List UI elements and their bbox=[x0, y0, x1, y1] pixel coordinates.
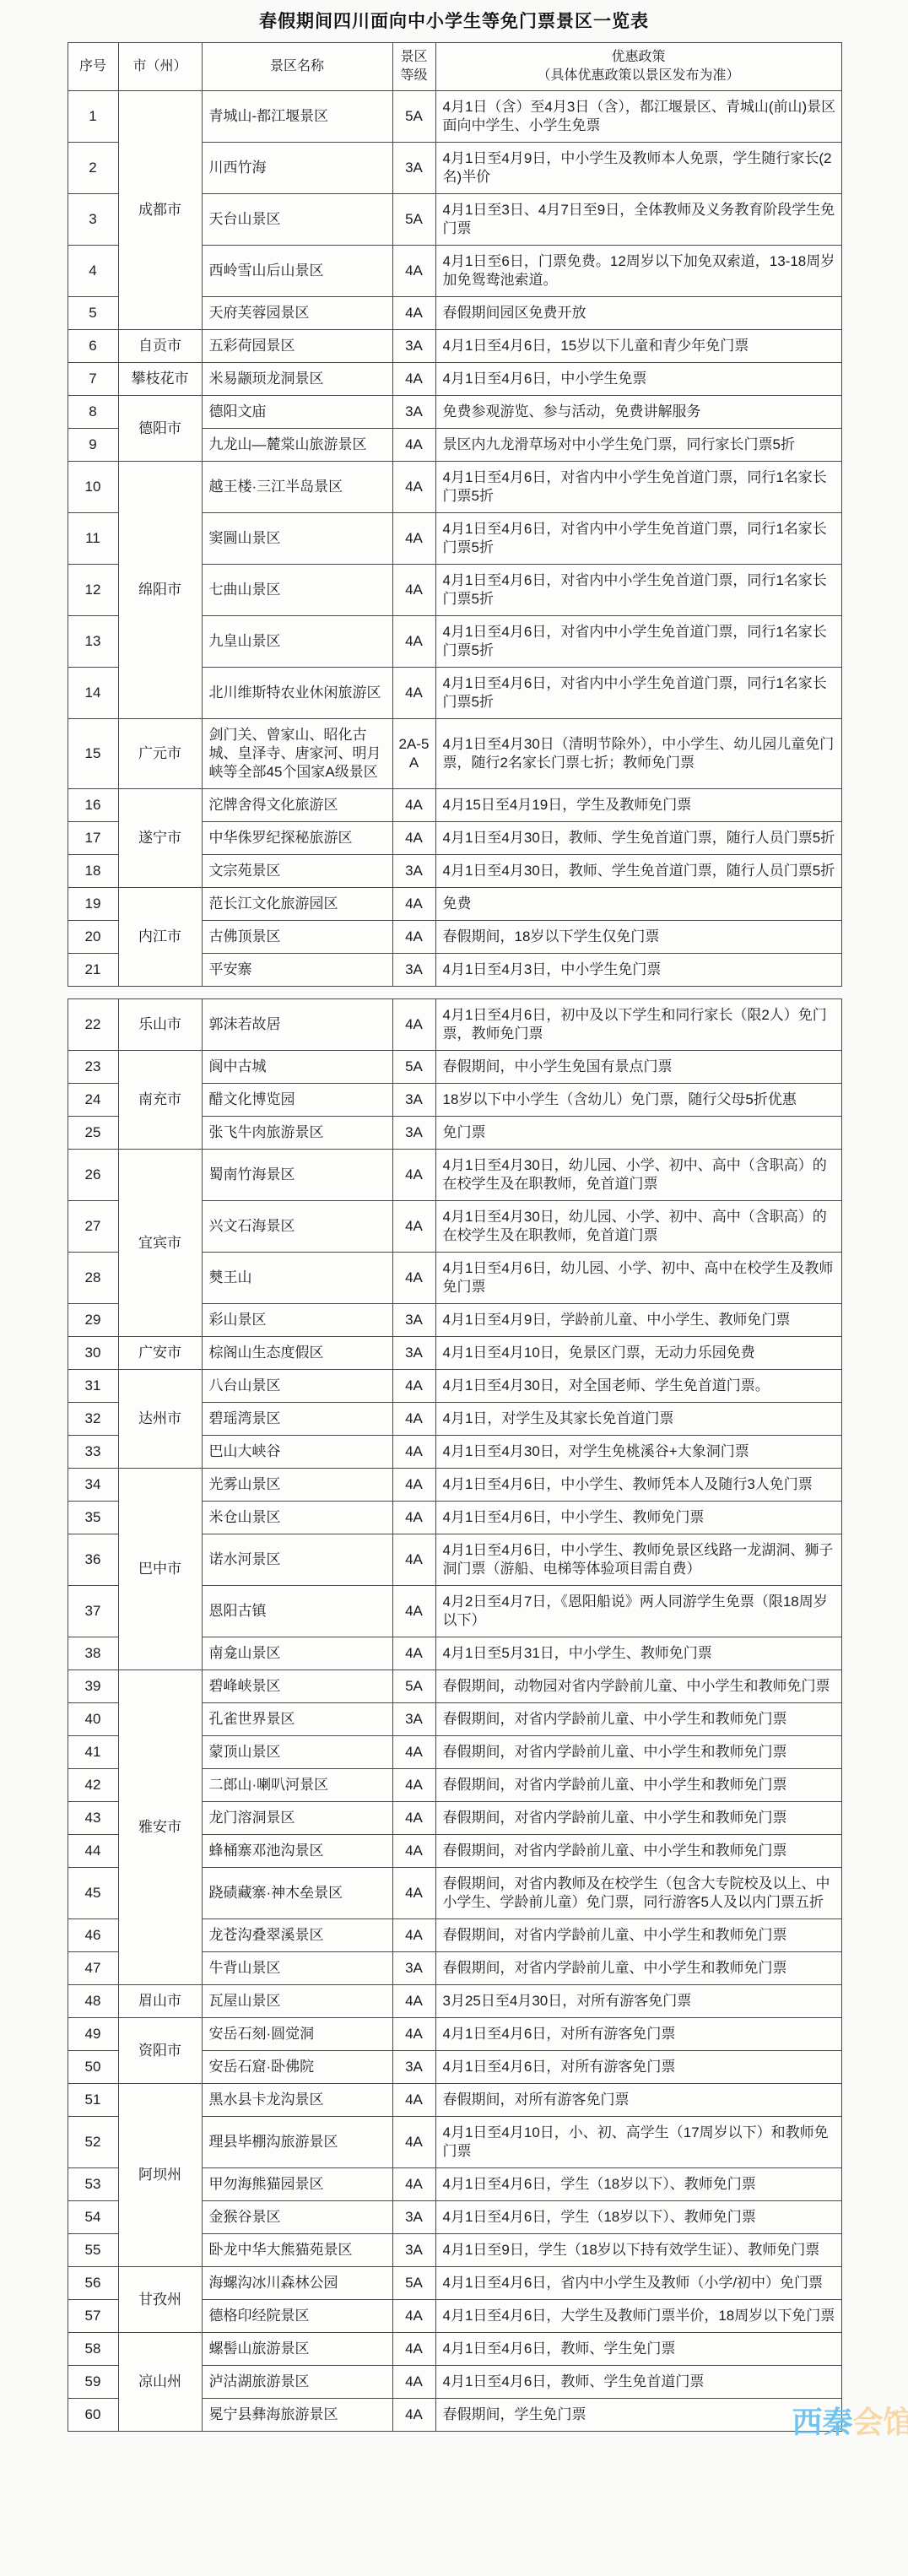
table-row: 30广安市棕阁山生态度假区3A4月1日至4月10日，免景区门票，无动力乐园免费 bbox=[68, 1337, 841, 1370]
scenic-name-cell: 兴文石海景区 bbox=[202, 1201, 392, 1253]
policy-cell: 春假期间，对所有游客免门票 bbox=[435, 2084, 841, 2117]
policy-cell: 4月1日至4月6日，大学生及教师门票半价，18周岁以下免门票 bbox=[435, 2300, 841, 2333]
scenic-name-cell: 醋文化博览园 bbox=[202, 1084, 392, 1117]
page-title: 春假期间四川面向中小学生等免门票景区一览表 bbox=[0, 0, 908, 42]
grade-cell: 4A bbox=[392, 462, 435, 513]
grade-cell: 3A bbox=[392, 1117, 435, 1150]
grade-cell: 4A bbox=[392, 1201, 435, 1253]
scenic-name-cell: 平安寨 bbox=[202, 954, 392, 987]
scenic-name-cell: 卧龙中华大熊猫苑景区 bbox=[202, 2234, 392, 2267]
grade-cell: 4A bbox=[392, 1502, 435, 1534]
grade-cell: 3A bbox=[392, 1084, 435, 1117]
table-body-1: 1成都市青城山-都江堰景区5A4月1日（含）至4月3日（含），都江堰景区、青城山… bbox=[68, 91, 841, 987]
table-row: 26宜宾市蜀南竹海景区4A4月1日至4月30日，幼儿园、小学、初中、高中（含职高… bbox=[68, 1150, 841, 1201]
grade-cell: 4A bbox=[392, 2399, 435, 2432]
city-cell: 自贡市 bbox=[118, 330, 202, 363]
policy-cell: 4月1日至4月3日，中小学生免门票 bbox=[435, 954, 841, 987]
column-header-city: 市（州） bbox=[118, 43, 202, 91]
policy-cell: 春假期间，18岁以下学生仅免门票 bbox=[435, 921, 841, 954]
policy-cell: 4月1日至4月6日，对省内中小学生免首道门票，同行1名家长门票5折 bbox=[435, 565, 841, 616]
scenic-name-cell: 郭沫若故居 bbox=[202, 999, 392, 1051]
row-number-cell: 41 bbox=[68, 1736, 118, 1769]
row-number-cell: 32 bbox=[68, 1403, 118, 1436]
policy-cell: 4月2日至4月7日，《恩阳船说》两人同游学生免票（限18周岁以下） bbox=[435, 1586, 841, 1637]
policy-cell: 4月1日至4月6日，对所有游客免门票 bbox=[435, 2051, 841, 2084]
row-number-cell: 51 bbox=[68, 2084, 118, 2117]
policy-cell: 4月1日至4月6日，对省内中小学生免首道门票，同行1名家长门票5折 bbox=[435, 462, 841, 513]
grade-cell: 4A bbox=[392, 1253, 435, 1304]
row-number-cell: 8 bbox=[68, 396, 118, 429]
grade-cell: 4A bbox=[392, 1370, 435, 1403]
row-number-cell: 57 bbox=[68, 2300, 118, 2333]
header-row: 序号 市（州） 景区名称 景区等级 优惠政策 （具体优惠政策以景区发布为准） bbox=[68, 43, 841, 91]
grade-cell: 4A bbox=[392, 1919, 435, 1952]
table-body-2: 22乐山市郭沫若故居4A4月1日至4月6日，初中及以下学生和同行家长（限2人）免… bbox=[68, 999, 841, 2432]
row-number-cell: 24 bbox=[68, 1084, 118, 1117]
scenic-name-cell: 九龙山—麓棠山旅游景区 bbox=[202, 429, 392, 462]
policy-cell: 4月1日至4月6日，中小学生、教师免景区线路一龙湖洞、狮子洞门票（游船、电梯等体… bbox=[435, 1534, 841, 1586]
scenic-name-cell: 诺水河景区 bbox=[202, 1534, 392, 1586]
table-row: 48眉山市瓦屋山景区4A3月25日至4月30日，对所有游客免门票 bbox=[68, 1985, 841, 2018]
row-number-cell: 19 bbox=[68, 888, 118, 921]
policy-cell: 4月1日至4月6日，对所有游客免门票 bbox=[435, 2018, 841, 2051]
row-number-cell: 49 bbox=[68, 2018, 118, 2051]
policy-cell: 4月1日至9日，学生（18岁以下持有效学生证）、教师免门票 bbox=[435, 2234, 841, 2267]
scenic-name-cell: 中华侏罗纪探秘旅游区 bbox=[202, 822, 392, 855]
scenic-name-cell: 窦圌山景区 bbox=[202, 513, 392, 565]
table-row: 19内江市范长江文化旅游园区4A免费 bbox=[68, 888, 841, 921]
row-number-cell: 30 bbox=[68, 1337, 118, 1370]
grade-cell: 4A bbox=[392, 363, 435, 396]
row-number-cell: 40 bbox=[68, 1703, 118, 1736]
row-number-cell: 44 bbox=[68, 1835, 118, 1868]
city-cell: 广安市 bbox=[118, 1337, 202, 1370]
table-row: 23南充市阆中古城5A春假期间，中小学生免国有景点门票 bbox=[68, 1051, 841, 1084]
table-row: 7攀枝花市米易颛顼龙洞景区4A4月1日至4月6日，中小学生免票 bbox=[68, 363, 841, 396]
grade-cell: 4A bbox=[392, 1403, 435, 1436]
policy-cell: 4月1日至4月6日，15岁以下儿童和青少年免门票 bbox=[435, 330, 841, 363]
row-number-cell: 37 bbox=[68, 1586, 118, 1637]
row-number-cell: 31 bbox=[68, 1370, 118, 1403]
grade-cell: 4A bbox=[392, 789, 435, 822]
grade-cell: 3A bbox=[392, 2051, 435, 2084]
policy-cell: 4月1日至4月9日，学龄前儿童、中小学生、教师免门票 bbox=[435, 1304, 841, 1337]
row-number-cell: 46 bbox=[68, 1919, 118, 1952]
table-section-1-wrap: 序号 市（州） 景区名称 景区等级 优惠政策 （具体优惠政策以景区发布为准） 1… bbox=[68, 42, 841, 987]
policy-cell: 4月1日至4月9日，中小学生及教师本人免票，学生随行家长(2名)半价 bbox=[435, 143, 841, 194]
policy-cell: 春假期间，中小学生免国有景点门票 bbox=[435, 1051, 841, 1084]
scenic-name-cell: 德阳文庙 bbox=[202, 396, 392, 429]
table-row: 56甘孜州海螺沟冰川森林公园5A4月1日至4月6日，省内中小学生及教师（小学/初… bbox=[68, 2267, 841, 2300]
grade-cell: 4A bbox=[392, 565, 435, 616]
row-number-cell: 43 bbox=[68, 1802, 118, 1835]
grade-cell: 4A bbox=[392, 1586, 435, 1637]
scenic-name-cell: 蜀南竹海景区 bbox=[202, 1150, 392, 1201]
grade-cell: 5A bbox=[392, 2267, 435, 2300]
grade-cell: 2A-5A bbox=[392, 719, 435, 789]
scenic-name-cell: 牛背山景区 bbox=[202, 1952, 392, 1985]
scenic-name-cell: 瓦屋山景区 bbox=[202, 1985, 392, 2018]
grade-cell: 5A bbox=[392, 91, 435, 143]
scenic-name-cell: 恩阳古镇 bbox=[202, 1586, 392, 1637]
scenic-name-cell: 八台山景区 bbox=[202, 1370, 392, 1403]
column-header-policy: 优惠政策 （具体优惠政策以景区发布为准） bbox=[435, 43, 841, 91]
scenic-name-cell: 孔雀世界景区 bbox=[202, 1703, 392, 1736]
row-number-cell: 17 bbox=[68, 822, 118, 855]
scenic-name-cell: 冕宁县彝海旅游景区 bbox=[202, 2399, 392, 2432]
policy-cell: 3月25日至4月30日，对所有游客免门票 bbox=[435, 1985, 841, 2018]
grade-cell: 4A bbox=[392, 1868, 435, 1919]
grade-cell: 3A bbox=[392, 396, 435, 429]
scenic-name-cell: 碧峰峡景区 bbox=[202, 1670, 392, 1703]
row-number-cell: 18 bbox=[68, 855, 118, 888]
city-cell: 广元市 bbox=[118, 719, 202, 789]
scenic-name-cell: 蜂桶寨邓池沟景区 bbox=[202, 1835, 392, 1868]
city-cell: 绵阳市 bbox=[118, 462, 202, 719]
row-number-cell: 52 bbox=[68, 2117, 118, 2168]
policy-cell: 春假期间，对省内学龄前儿童、中小学生和教师免门票 bbox=[435, 1769, 841, 1802]
row-number-cell: 38 bbox=[68, 1637, 118, 1670]
policy-cell: 春假期间，对省内学龄前儿童、中小学生和教师免门票 bbox=[435, 1919, 841, 1952]
grade-cell: 4A bbox=[392, 246, 435, 297]
scenic-name-cell: 川西竹海 bbox=[202, 143, 392, 194]
city-cell: 眉山市 bbox=[118, 1985, 202, 2018]
policy-cell: 4月15日至4月19日，学生及教师免门票 bbox=[435, 789, 841, 822]
grade-cell: 4A bbox=[392, 1769, 435, 1802]
row-number-cell: 58 bbox=[68, 2333, 118, 2366]
row-number-cell: 35 bbox=[68, 1502, 118, 1534]
policy-cell: 18岁以下中小学生（含幼儿）免门票，随行父母5折优惠 bbox=[435, 1084, 841, 1117]
table-row: 34巴中市光雾山景区4A4月1日至4月6日，中小学生、教师凭本人及随行3人免门票 bbox=[68, 1469, 841, 1502]
policy-cell: 4月1日至4月10日，免景区门票，无动力乐园免费 bbox=[435, 1337, 841, 1370]
scenic-name-cell: 龙门溶洞景区 bbox=[202, 1802, 392, 1835]
policy-cell: 4月1日至4月6日，中小学生免票 bbox=[435, 363, 841, 396]
row-number-cell: 27 bbox=[68, 1201, 118, 1253]
scenic-name-cell: 二郎山·喇叭河景区 bbox=[202, 1769, 392, 1802]
scenic-table-2: 22乐山市郭沫若故居4A4月1日至4月6日，初中及以下学生和同行家长（限2人）免… bbox=[68, 998, 842, 2432]
city-cell: 成都市 bbox=[118, 91, 202, 330]
policy-cell: 4月1日至4月10日，小、初、高学生（17周岁以下）和教师免门票 bbox=[435, 2117, 841, 2168]
policy-cell: 4月1日至4月6日，学生（18岁以下）、教师免门票 bbox=[435, 2168, 841, 2201]
scenic-name-cell: 蒙顶山景区 bbox=[202, 1736, 392, 1769]
grade-cell: 3A bbox=[392, 855, 435, 888]
table-row: 10绵阳市越王楼·三江半岛景区4A4月1日至4月6日，对省内中小学生免首道门票，… bbox=[68, 462, 841, 513]
scenic-name-cell: 光雾山景区 bbox=[202, 1469, 392, 1502]
row-number-cell: 59 bbox=[68, 2366, 118, 2399]
city-cell: 资阳市 bbox=[118, 2018, 202, 2084]
row-number-cell: 33 bbox=[68, 1436, 118, 1469]
policy-cell: 4月1日至4月30日（清明节除外），中小学生、幼儿园儿童免门票，随行2名家长门票… bbox=[435, 719, 841, 789]
grade-cell: 4A bbox=[392, 2333, 435, 2366]
row-number-cell: 26 bbox=[68, 1150, 118, 1201]
scenic-name-cell: 西岭雪山后山景区 bbox=[202, 246, 392, 297]
policy-cell: 4月1日至4月6日，教师、学生免首道门票 bbox=[435, 2366, 841, 2399]
row-number-cell: 15 bbox=[68, 719, 118, 789]
policy-cell: 4月1日至5月31日，中小学生、教师免门票 bbox=[435, 1637, 841, 1670]
policy-cell: 4月1日至4月6日，对省内中小学生免首道门票，同行1名家长门票5折 bbox=[435, 668, 841, 719]
scenic-name-cell: 古佛顶景区 bbox=[202, 921, 392, 954]
scenic-name-cell: 巴山大峡谷 bbox=[202, 1436, 392, 1469]
scenic-name-cell: 僰王山 bbox=[202, 1253, 392, 1304]
city-cell: 宜宾市 bbox=[118, 1150, 202, 1337]
policy-cell: 4月1日至4月30日，对全国老师、学生免首道门票。 bbox=[435, 1370, 841, 1403]
grade-cell: 4A bbox=[392, 921, 435, 954]
policy-cell: 4月1日至6日，门票免费。12周岁以下加免双索道，13-18周岁加免鸳鸯池索道。 bbox=[435, 246, 841, 297]
city-cell: 德阳市 bbox=[118, 396, 202, 462]
scenic-name-cell: 棕阁山生态度假区 bbox=[202, 1337, 392, 1370]
grade-cell: 3A bbox=[392, 2201, 435, 2234]
scenic-name-cell: 天台山景区 bbox=[202, 194, 392, 246]
grade-cell: 4A bbox=[392, 1736, 435, 1769]
policy-cell: 春假期间，对省内学龄前儿童、中小学生和教师免门票 bbox=[435, 1802, 841, 1835]
row-number-cell: 36 bbox=[68, 1534, 118, 1586]
policy-cell: 4月1日至4月30日，幼儿园、小学、初中、高中（含职高）的在校学生及在职教师，免… bbox=[435, 1201, 841, 1253]
table-row: 8德阳市德阳文庙3A免费参观游览、参与活动，免费讲解服务 bbox=[68, 396, 841, 429]
scenic-name-cell: 五彩荷园景区 bbox=[202, 330, 392, 363]
column-header-name: 景区名称 bbox=[202, 43, 392, 91]
row-number-cell: 23 bbox=[68, 1051, 118, 1084]
scenic-name-cell: 龙苍沟叠翠溪景区 bbox=[202, 1919, 392, 1952]
grade-cell: 4A bbox=[392, 888, 435, 921]
city-cell: 内江市 bbox=[118, 888, 202, 987]
grade-cell: 4A bbox=[392, 2366, 435, 2399]
row-number-cell: 50 bbox=[68, 2051, 118, 2084]
grade-cell: 3A bbox=[392, 143, 435, 194]
grade-cell: 3A bbox=[392, 1337, 435, 1370]
row-number-cell: 16 bbox=[68, 789, 118, 822]
policy-cell: 免门票 bbox=[435, 1117, 841, 1150]
policy-cell: 4月1日至4月6日，教师、学生免门票 bbox=[435, 2333, 841, 2366]
grade-cell: 4A bbox=[392, 1637, 435, 1670]
scenic-name-cell: 文宗苑景区 bbox=[202, 855, 392, 888]
row-number-cell: 34 bbox=[68, 1469, 118, 1502]
city-cell: 巴中市 bbox=[118, 1469, 202, 1670]
row-number-cell: 9 bbox=[68, 429, 118, 462]
table-row: 1成都市青城山-都江堰景区5A4月1日（含）至4月3日（含），都江堰景区、青城山… bbox=[68, 91, 841, 143]
scenic-table-1: 序号 市（州） 景区名称 景区等级 优惠政策 （具体优惠政策以景区发布为准） 1… bbox=[68, 42, 842, 987]
policy-cell: 4月1日至4月30日，对学生免桃溪谷+大象洞门票 bbox=[435, 1436, 841, 1469]
row-number-cell: 3 bbox=[68, 194, 118, 246]
grade-cell: 3A bbox=[392, 1703, 435, 1736]
scenic-name-cell: 阆中古城 bbox=[202, 1051, 392, 1084]
scenic-name-cell: 范长江文化旅游园区 bbox=[202, 888, 392, 921]
policy-cell: 春假期间园区免费开放 bbox=[435, 297, 841, 330]
row-number-cell: 4 bbox=[68, 246, 118, 297]
policy-cell: 春假期间，对省内学龄前儿童、中小学生和教师免门票 bbox=[435, 1703, 841, 1736]
grade-cell: 4A bbox=[392, 616, 435, 668]
table-row: 58凉山州螺髻山旅游景区4A4月1日至4月6日，教师、学生免门票 bbox=[68, 2333, 841, 2366]
policy-cell: 4月1日，对学生及其家长免首道门票 bbox=[435, 1403, 841, 1436]
city-cell: 阿坝州 bbox=[118, 2084, 202, 2267]
scenic-name-cell: 甲勿海熊猫园景区 bbox=[202, 2168, 392, 2201]
policy-cell: 春假期间，对省内学龄前儿童、中小学生和教师免门票 bbox=[435, 1952, 841, 1985]
city-cell: 乐山市 bbox=[118, 999, 202, 1051]
row-number-cell: 1 bbox=[68, 91, 118, 143]
city-cell: 凉山州 bbox=[118, 2333, 202, 2432]
scenic-name-cell: 青城山-都江堰景区 bbox=[202, 91, 392, 143]
grade-cell: 4A bbox=[392, 1469, 435, 1502]
grade-cell: 4A bbox=[392, 999, 435, 1051]
grade-cell: 4A bbox=[392, 2018, 435, 2051]
grade-cell: 4A bbox=[392, 2168, 435, 2201]
grade-cell: 4A bbox=[392, 429, 435, 462]
grade-cell: 3A bbox=[392, 1952, 435, 1985]
row-number-cell: 39 bbox=[68, 1670, 118, 1703]
scenic-name-cell: 理县毕棚沟旅游景区 bbox=[202, 2117, 392, 2168]
grade-cell: 4A bbox=[392, 1985, 435, 2018]
column-header-policy-line1: 优惠政策 bbox=[440, 48, 838, 67]
policy-cell: 4月1日（含）至4月3日（含），都江堰景区、青城山(前山)景区面向中学生、小学生… bbox=[435, 91, 841, 143]
grade-cell: 3A bbox=[392, 1304, 435, 1337]
scenic-name-cell: 金猴谷景区 bbox=[202, 2201, 392, 2234]
table-header: 序号 市（州） 景区名称 景区等级 优惠政策 （具体优惠政策以景区发布为准） bbox=[68, 43, 841, 91]
scenic-name-cell: 张飞牛肉旅游景区 bbox=[202, 1117, 392, 1150]
grade-cell: 4A bbox=[392, 1835, 435, 1868]
row-number-cell: 20 bbox=[68, 921, 118, 954]
row-number-cell: 14 bbox=[68, 668, 118, 719]
policy-cell: 景区内九龙滑草场对中小学生免门票，同行家长门票5折 bbox=[435, 429, 841, 462]
table-row: 6自贡市五彩荷园景区3A4月1日至4月6日，15岁以下儿童和青少年免门票 bbox=[68, 330, 841, 363]
policy-cell: 4月1日至4月6日，省内中小学生及教师（小学/初中）免门票 bbox=[435, 2267, 841, 2300]
grade-cell: 5A bbox=[392, 1051, 435, 1084]
grade-cell: 4A bbox=[392, 2084, 435, 2117]
grade-cell: 4A bbox=[392, 1150, 435, 1201]
scenic-name-cell: 跷碛藏寨·神木垒景区 bbox=[202, 1868, 392, 1919]
row-number-cell: 11 bbox=[68, 513, 118, 565]
row-number-cell: 42 bbox=[68, 1769, 118, 1802]
grade-cell: 4A bbox=[392, 822, 435, 855]
city-cell: 雅安市 bbox=[118, 1670, 202, 1985]
row-number-cell: 47 bbox=[68, 1952, 118, 1985]
grade-cell: 4A bbox=[392, 297, 435, 330]
scenic-name-cell: 泸沽湖旅游景区 bbox=[202, 2366, 392, 2399]
policy-cell: 4月1日至4月6日，幼儿园、小学、初中、高中在校学生及教师免门票 bbox=[435, 1253, 841, 1304]
policy-cell: 免费 bbox=[435, 888, 841, 921]
watermark-part2: 会馆 bbox=[852, 2405, 908, 2439]
policy-cell: 春假期间，学生免门票 bbox=[435, 2399, 841, 2432]
city-cell: 达州市 bbox=[118, 1370, 202, 1469]
table-row: 15广元市剑门关、曾家山、昭化古城、皇泽寺、唐家河、明月峡等全部45个国家A级景… bbox=[68, 719, 841, 789]
grade-cell: 4A bbox=[392, 513, 435, 565]
column-header-grade: 景区等级 bbox=[392, 43, 435, 91]
policy-cell: 4月1日至4月6日，中小学生、教师凭本人及随行3人免门票 bbox=[435, 1469, 841, 1502]
scenic-name-cell: 黑水县卡龙沟景区 bbox=[202, 2084, 392, 2117]
policy-cell: 4月1日至3日、4月7日至9日，全体教师及义务教育阶段学生免门票 bbox=[435, 194, 841, 246]
scenic-name-cell: 安岳石窟·卧佛院 bbox=[202, 2051, 392, 2084]
scenic-name-cell: 螺髻山旅游景区 bbox=[202, 2333, 392, 2366]
grade-cell: 4A bbox=[392, 2300, 435, 2333]
policy-cell: 春假期间，对省内学龄前儿童、中小学生和教师免门票 bbox=[435, 1835, 841, 1868]
grade-cell: 5A bbox=[392, 194, 435, 246]
row-number-cell: 6 bbox=[68, 330, 118, 363]
policy-cell: 春假期间，对省内教师及在校学生（包含大专院校及以上、中小学生、学龄前儿童）免门票… bbox=[435, 1868, 841, 1919]
row-number-cell: 25 bbox=[68, 1117, 118, 1150]
grade-cell: 4A bbox=[392, 668, 435, 719]
city-cell: 攀枝花市 bbox=[118, 363, 202, 396]
scenic-name-cell: 北川维斯特农业休闲旅游区 bbox=[202, 668, 392, 719]
scenic-name-cell: 七曲山景区 bbox=[202, 565, 392, 616]
column-header-no: 序号 bbox=[68, 43, 118, 91]
scenic-name-cell: 米仓山景区 bbox=[202, 1502, 392, 1534]
table-row: 39雅安市碧峰峡景区5A春假期间，动物园对省内学龄前儿童、中小学生和教师免门票 bbox=[68, 1670, 841, 1703]
scenic-name-cell: 海螺沟冰川森林公园 bbox=[202, 2267, 392, 2300]
table-section-2-wrap: 22乐山市郭沫若故居4A4月1日至4月6日，初中及以下学生和同行家长（限2人）免… bbox=[68, 998, 841, 2432]
table-row: 31达州市八台山景区4A4月1日至4月30日，对全国老师、学生免首道门票。 bbox=[68, 1370, 841, 1403]
policy-cell: 4月1日至4月6日，学生（18岁以下）、教师免门票 bbox=[435, 2201, 841, 2234]
city-cell: 甘孜州 bbox=[118, 2267, 202, 2333]
scenic-name-cell: 天府芙蓉园景区 bbox=[202, 297, 392, 330]
row-number-cell: 48 bbox=[68, 1985, 118, 2018]
scenic-name-cell: 碧瑶湾景区 bbox=[202, 1403, 392, 1436]
grade-cell: 4A bbox=[392, 1802, 435, 1835]
policy-cell: 4月1日至4月6日，对省内中小学生免首道门票，同行1名家长门票5折 bbox=[435, 616, 841, 668]
policy-cell: 4月1日至4月6日，中小学生、教师免门票 bbox=[435, 1502, 841, 1534]
policy-cell: 4月1日至4月6日，初中及以下学生和同行家长（限2人）免门票，教师免门票 bbox=[435, 999, 841, 1051]
scenic-name-cell: 剑门关、曾家山、昭化古城、皇泽寺、唐家河、明月峡等全部45个国家A级景区 bbox=[202, 719, 392, 789]
row-number-cell: 45 bbox=[68, 1868, 118, 1919]
row-number-cell: 54 bbox=[68, 2201, 118, 2234]
grade-cell: 3A bbox=[392, 954, 435, 987]
grade-cell: 5A bbox=[392, 1670, 435, 1703]
grade-cell: 4A bbox=[392, 1436, 435, 1469]
scenic-name-cell: 彩山景区 bbox=[202, 1304, 392, 1337]
row-number-cell: 22 bbox=[68, 999, 118, 1051]
row-number-cell: 7 bbox=[68, 363, 118, 396]
column-header-policy-line2: （具体优惠政策以景区发布为准） bbox=[440, 67, 838, 85]
row-number-cell: 53 bbox=[68, 2168, 118, 2201]
table-row: 16遂宁市沱牌舍得文化旅游区4A4月15日至4月19日，学生及教师免门票 bbox=[68, 789, 841, 822]
row-number-cell: 5 bbox=[68, 297, 118, 330]
policy-cell: 春假期间，对省内学龄前儿童、中小学生和教师免门票 bbox=[435, 1736, 841, 1769]
policy-cell: 春假期间，动物园对省内学龄前儿童、中小学生和教师免门票 bbox=[435, 1670, 841, 1703]
city-cell: 遂宁市 bbox=[118, 789, 202, 888]
grade-cell: 3A bbox=[392, 330, 435, 363]
scenic-name-cell: 九皇山景区 bbox=[202, 616, 392, 668]
row-number-cell: 56 bbox=[68, 2267, 118, 2300]
table-row: 22乐山市郭沫若故居4A4月1日至4月6日，初中及以下学生和同行家长（限2人）免… bbox=[68, 999, 841, 1051]
row-number-cell: 2 bbox=[68, 143, 118, 194]
policy-cell: 免费参观游览、参与活动，免费讲解服务 bbox=[435, 396, 841, 429]
table-row: 51阿坝州黑水县卡龙沟景区4A春假期间，对所有游客免门票 bbox=[68, 2084, 841, 2117]
grade-cell: 4A bbox=[392, 2117, 435, 2168]
scenic-name-cell: 德格印经院景区 bbox=[202, 2300, 392, 2333]
city-cell: 南充市 bbox=[118, 1051, 202, 1150]
scenic-name-cell: 米易颛顼龙洞景区 bbox=[202, 363, 392, 396]
scenic-name-cell: 安岳石刻·圆觉洞 bbox=[202, 2018, 392, 2051]
scenic-name-cell: 越王楼·三江半岛景区 bbox=[202, 462, 392, 513]
table-row: 49资阳市安岳石刻·圆觉洞4A4月1日至4月6日，对所有游客免门票 bbox=[68, 2018, 841, 2051]
row-number-cell: 60 bbox=[68, 2399, 118, 2432]
row-number-cell: 21 bbox=[68, 954, 118, 987]
scenic-name-cell: 沱牌舍得文化旅游区 bbox=[202, 789, 392, 822]
grade-cell: 3A bbox=[392, 2234, 435, 2267]
grade-cell: 4A bbox=[392, 1534, 435, 1586]
row-number-cell: 10 bbox=[68, 462, 118, 513]
policy-cell: 4月1日至4月30日，幼儿园、小学、初中、高中（含职高）的在校学生及在职教师，免… bbox=[435, 1150, 841, 1201]
row-number-cell: 28 bbox=[68, 1253, 118, 1304]
policy-cell: 4月1日至4月30日，教师、学生免首道门票，随行人员门票5折 bbox=[435, 822, 841, 855]
row-number-cell: 29 bbox=[68, 1304, 118, 1337]
row-number-cell: 13 bbox=[68, 616, 118, 668]
scenic-name-cell: 南龛山景区 bbox=[202, 1637, 392, 1670]
row-number-cell: 12 bbox=[68, 565, 118, 616]
policy-cell: 4月1日至4月30日，教师、学生免首道门票，随行人员门票5折 bbox=[435, 855, 841, 888]
policy-cell: 4月1日至4月6日，对省内中小学生免首道门票，同行1名家长门票5折 bbox=[435, 513, 841, 565]
row-number-cell: 55 bbox=[68, 2234, 118, 2267]
